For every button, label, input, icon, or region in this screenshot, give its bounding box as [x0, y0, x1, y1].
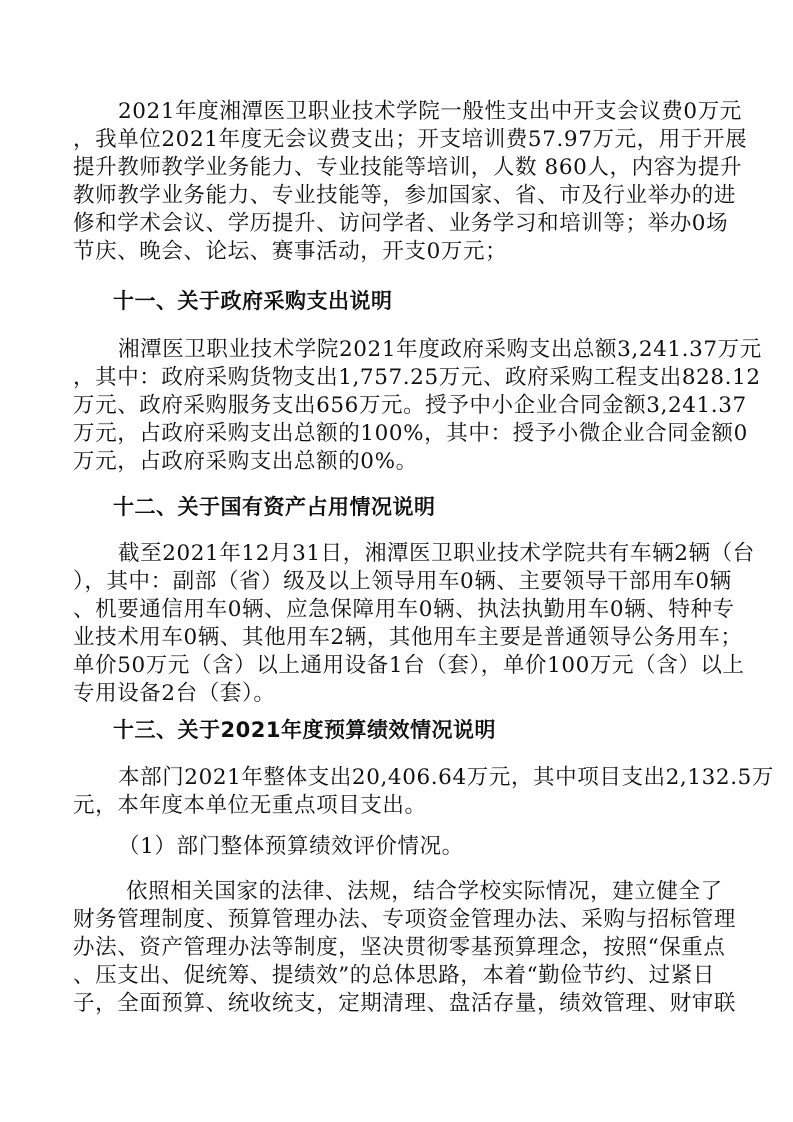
- paragraph-line: 业技术用车0辆、其他用车2辆，其他用车主要是普通领导公务用车；: [73, 624, 713, 652]
- paragraph-line: 2021年度湘潭医卫职业技术学院一般性支出中开支会议费0万元: [118, 98, 713, 126]
- paragraph-line: 节庆、晚会、论坛、赛事活动，开支0万元；: [73, 238, 713, 266]
- subheading: （1）部门整体预算绩效评价情况。: [118, 833, 713, 861]
- paragraph-line: 专用设备2台（套）。: [73, 680, 713, 708]
- paragraph-line: 子，全面预算、统收统支，定期清理、盘活存量，绩效管理、财审联: [73, 990, 713, 1018]
- paragraph-line: 万元，占政府采购支出总额的100%，其中：授予小微企业合同金额0: [73, 420, 713, 448]
- paragraph-line: 万元、政府采购服务支出656万元。授予中小企业合同金额3,241.37: [73, 392, 713, 420]
- paragraph-line: 财务管理制度、预算管理办法、专项资金管理办法、采购与招标管理: [73, 906, 713, 934]
- document-page: 2021年度湘潭医卫职业技术学院一般性支出中开支会议费0万元 ，我单位2021年…: [0, 0, 793, 1122]
- paragraph-line: 本部门2021年整体支出20,406.64万元，其中项目支出2,132.5万: [118, 764, 713, 792]
- paragraph-line: 元，本年度本单位无重点项目支出。: [73, 792, 713, 820]
- paragraph-line: 、压支出、促统筹、提绩效”的总体思路，本着“勤俭节约、过紧日: [73, 962, 713, 990]
- paragraph-line: 修和学术会议、学历提升、访问学者、业务学习和培训等；举办0场: [73, 210, 713, 238]
- paragraph-line: ），其中：副部（省）级及以上领导用车0辆、主要领导干部用车0辆: [73, 568, 713, 596]
- paragraph-line: 、机要通信用车0辆、应急保障用车0辆、执法执勤用车0辆、特种专: [73, 596, 713, 624]
- paragraph-line: 教师教学业务能力、专业技能等，参加国家、省、市及行业举办的进: [73, 182, 713, 210]
- section-heading-11: 十一、关于政府采购支出说明: [113, 287, 393, 315]
- paragraph-line: 万元，占政府采购支出总额的0%。: [73, 448, 713, 476]
- paragraph-line: 湘潭医卫职业技术学院2021年度政府采购支出总额3,241.37万元: [118, 336, 713, 364]
- section-heading-12: 十二、关于国有资产占用情况说明: [113, 493, 436, 521]
- paragraph-line: 提升教师教学业务能力、专业技能等培训，人数 860人，内容为提升: [73, 154, 713, 182]
- paragraph-line: 办法、资产管理办法等制度，坚决贯彻零基预算理念，按照“保重点: [73, 934, 713, 962]
- paragraph-line: 依照相关国家的法律、法规，结合学校实际情况，建立健全了: [126, 878, 713, 906]
- paragraph-line: 单价50万元（含）以上通用设备1台（套），单价100万元（含）以上: [73, 652, 713, 680]
- section-heading-13: 十三、关于2021年度预算绩效情况说明: [113, 716, 496, 744]
- paragraph-line: ，其中：政府采购货物支出1,757.25万元、政府采购工程支出828.12: [73, 364, 713, 392]
- paragraph-line: ，我单位2021年度无会议费支出；开支培训费57.97万元，用于开展: [73, 126, 713, 154]
- paragraph-line: 截至2021年12月31日，湘潭医卫职业技术学院共有车辆2辆（台: [118, 540, 713, 568]
